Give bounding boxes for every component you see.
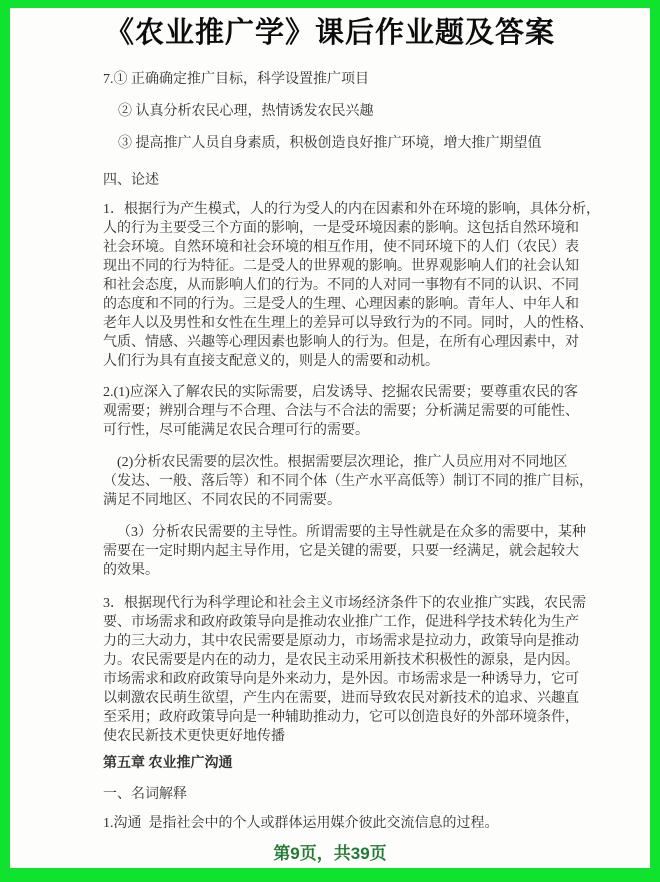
document-page: 《农业推广学》课后作业题及答案 7.① 正确确定推广目标，科学设置推广项目 ② …: [0, 0, 660, 882]
document-body: 7.① 正确确定推广目标，科学设置推广项目 ② 认真分析农民心理，热情诱发农民兴…: [103, 70, 585, 833]
answer-7-item-2: ② 认真分析农民心理，热情诱发农民兴趣: [103, 102, 585, 121]
page-title: 《农业推广学》课后作业题及答案: [10, 14, 650, 52]
essay-answer-2-part-2: (2)分析农民需要的层次性。根据需要层次理论，推广人员应用对不同地区 （发达、一…: [103, 453, 585, 510]
page-number-footer: 第9页，共39页: [10, 839, 650, 864]
essay-answer-2-part-1: 2.(1)应深入了解农民的实际需要，启发诱导、挖掘农民需要；要尊重农民的客 观需…: [103, 383, 585, 440]
section-heading-terms: 一、名词解释: [103, 785, 585, 804]
definition-communication: 1.沟通 是指社会中的个人或群体运用媒介彼此交流信息的过程。: [103, 814, 585, 833]
essay-answer-1-paragraph: 1．根据行为产生模式，人的行为受人的内在因素和外在环境的影响，具体分析， 人的行…: [103, 200, 585, 371]
essay-answer-2-part-3: （3）分析农民需要的主导性。所谓需要的主导性就是在众多的需要中，某种 需要在一定…: [103, 523, 585, 580]
essay-answer-3-paragraph: 3．根据现代行为科学理论和社会主义市场经济条件下的农业推广实践，农民需 要、市场…: [103, 594, 585, 746]
answer-7-item-1: 7.① 正确确定推广目标，科学设置推广项目: [103, 70, 585, 89]
chapter-5-heading: 第五章 农业推广沟通: [103, 754, 585, 773]
section-heading-essay: 四、论述: [103, 171, 585, 190]
answer-7-item-3: ③ 提高推广人员自身素质，积极创造良好推广环境，增大推广期望值: [103, 134, 585, 153]
